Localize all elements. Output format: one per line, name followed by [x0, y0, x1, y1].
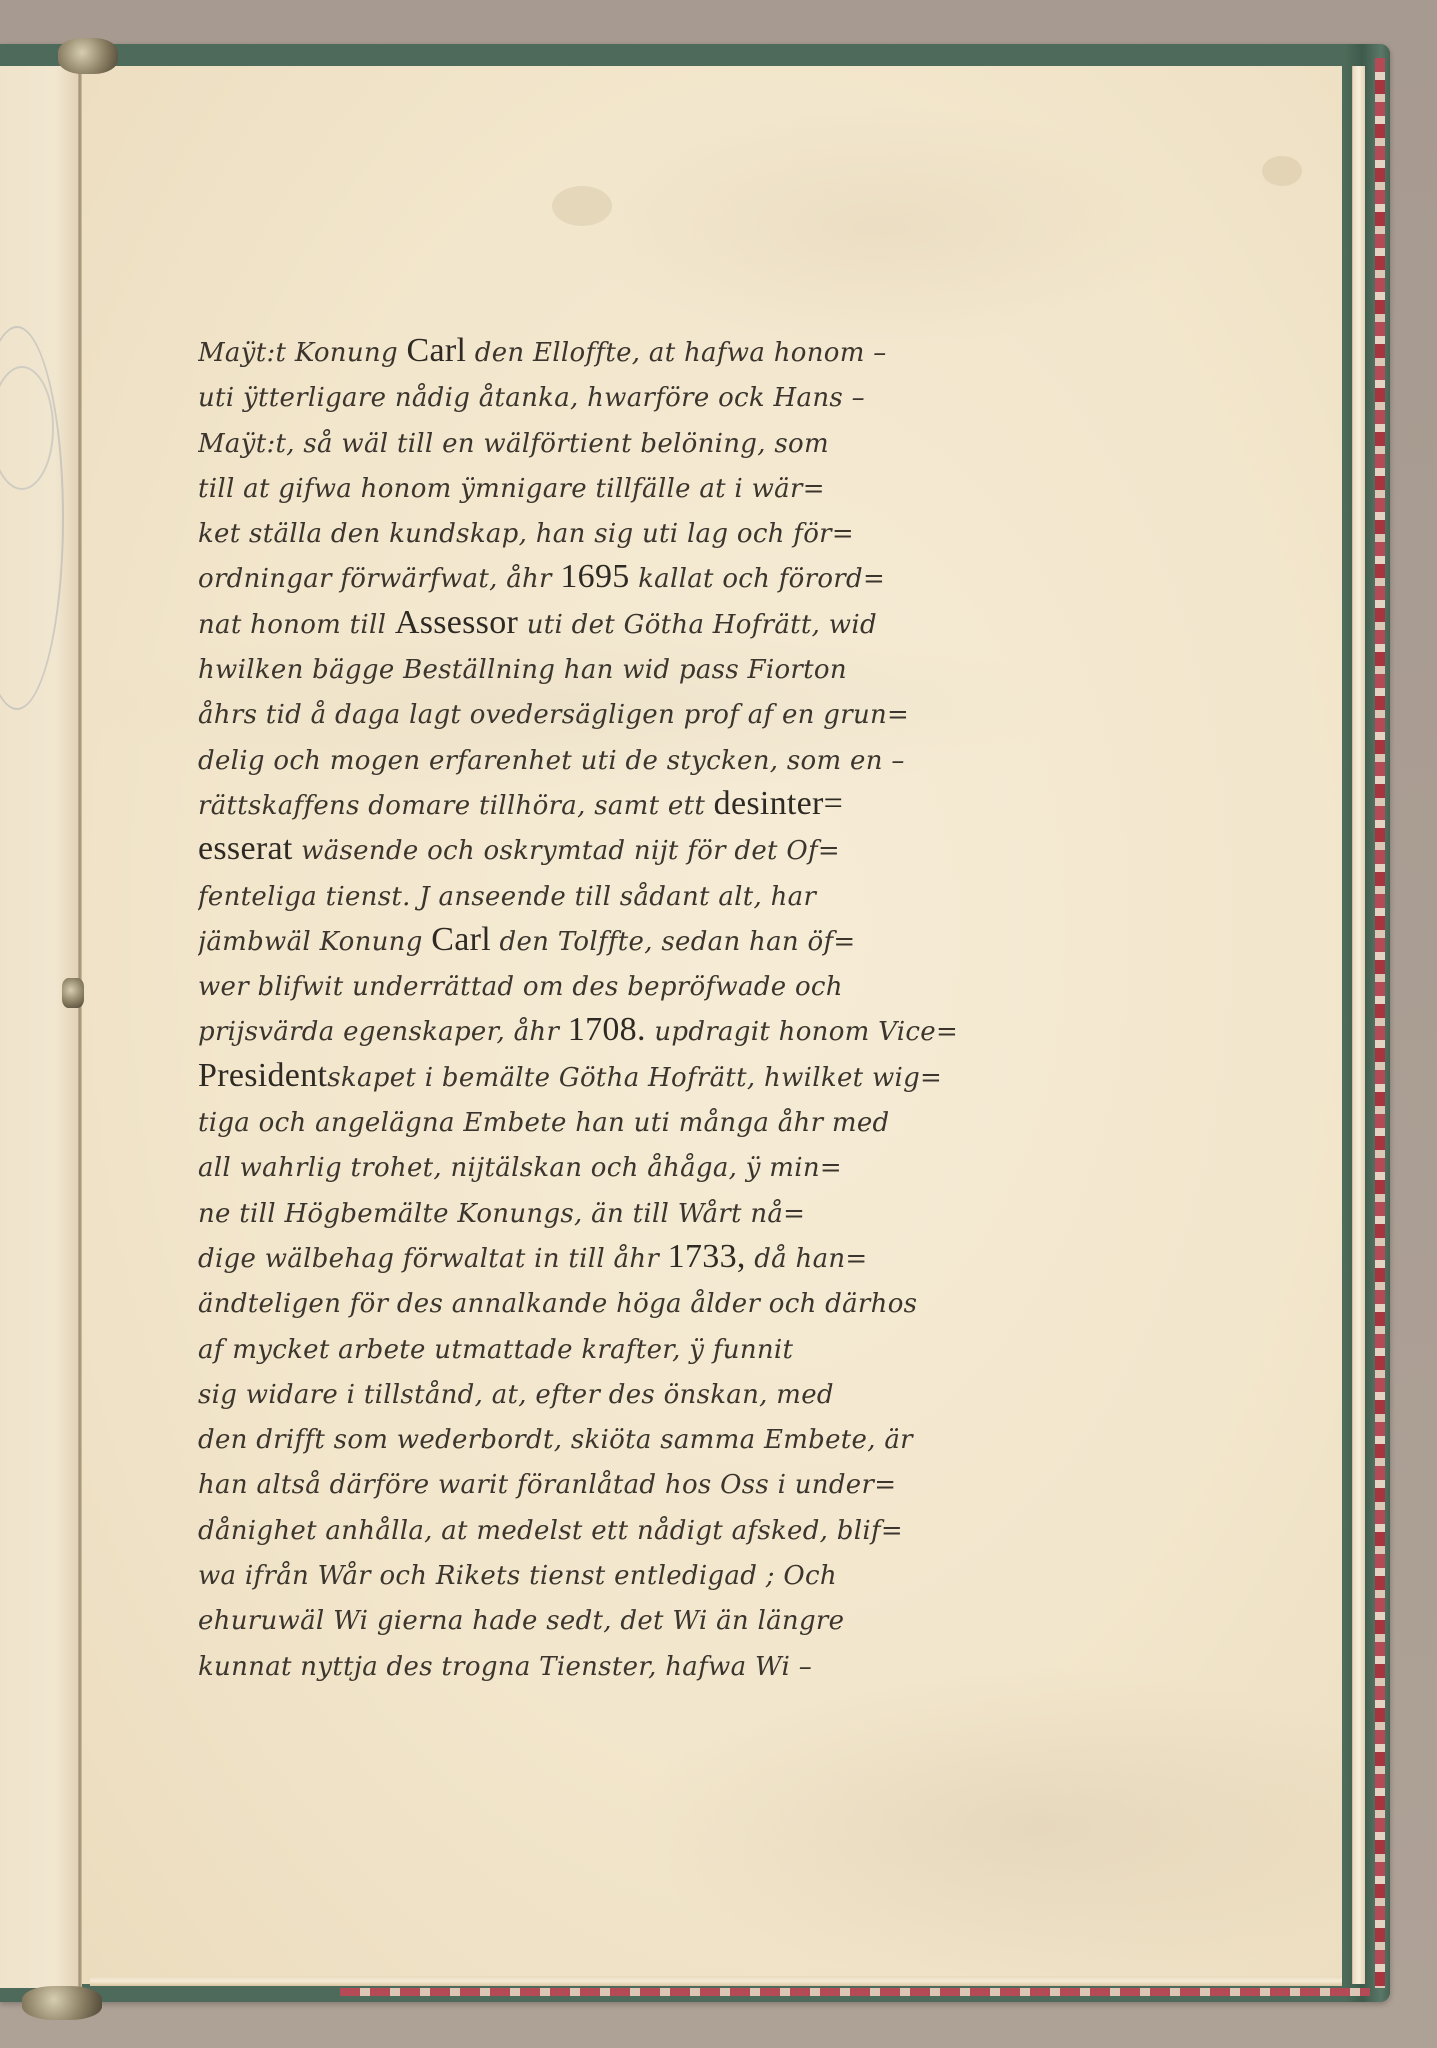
paper-stain	[1262, 156, 1302, 186]
text-line: den drifft som wederbordt, skiöta samma …	[198, 1415, 1078, 1460]
text-line: sig widare i tillstånd, at, efter des ön…	[198, 1370, 1078, 1415]
text-line: rättskaffens domare tillhöra, samt ett d…	[198, 781, 1078, 826]
tailband-ornament	[22, 1986, 102, 2020]
text-line: ändteligen för des annalkande höga ålder…	[198, 1279, 1078, 1324]
text-line: all wahrlig trohet, nijtälskan och åhåga…	[198, 1143, 1078, 1188]
handwritten-text-block: Maÿt:t Konung Carl den Elloffte, at hafw…	[198, 328, 1078, 1687]
marbled-bottom-edge	[340, 1988, 1370, 1996]
text-line: jämbwäl Konung Carl den Tolffte, sedan h…	[198, 917, 1078, 962]
text-line: ne till Högbemälte Konungs, än till Wårt…	[198, 1189, 1078, 1234]
text-line: dånighet anhålla, at medelst ett nådigt …	[198, 1506, 1078, 1551]
text-line: tiga och angelägna Embete han uti många …	[198, 1098, 1078, 1143]
text-line: Maÿt:t Konung Carl den Elloffte, at hafw…	[198, 328, 1078, 373]
text-line: uti ÿtterligare nådig åtanka, hwarföre o…	[198, 373, 1078, 418]
text-line: ket ställa den kundskap, han sig uti lag…	[198, 509, 1078, 554]
text-line: delig och mogen erfarenhet uti de stycke…	[198, 736, 1078, 781]
facing-left-page	[0, 66, 80, 1988]
text-line: ordningar förwärfwat, åhr 1695 kallat oc…	[198, 554, 1078, 599]
text-line: wer blifwit underrättad om des bepröfwad…	[198, 962, 1078, 1007]
page-bottom-edge	[90, 1976, 1342, 1986]
text-line: esserat wäsende och oskrymtad nijt för d…	[198, 826, 1078, 871]
text-line: han altså därföre warit föranlåtad hos O…	[198, 1460, 1078, 1505]
text-line: åhrs tid å daga lagt ovedersägligen prof…	[198, 690, 1078, 735]
text-line: prijsvärda egenskaper, åhr 1708. updragi…	[198, 1007, 1078, 1052]
text-line: dige wälbehag förwaltat in till åhr 1733…	[198, 1234, 1078, 1279]
paper-stain	[552, 186, 612, 226]
text-line: Presidentskapet i bemälte Götha Hofrätt,…	[198, 1053, 1078, 1098]
page-fore-edge	[1352, 66, 1365, 1984]
text-line: Maÿt:t, så wäl till en wälförtient belön…	[198, 419, 1078, 464]
text-line: ehuruwäl Wi gierna hade sedt, det Wi än …	[198, 1596, 1078, 1641]
marbled-fore-edge	[1375, 58, 1385, 1988]
text-line: fenteliga tienst. J anseende till sådant…	[198, 872, 1078, 917]
text-line: hwilken bägge Beställning han wid pass F…	[198, 645, 1078, 690]
text-line: till at gifwa honom ÿmnigare tillfälle a…	[198, 464, 1078, 509]
text-line: wa ifrån Wår och Rikets tienst entlediga…	[198, 1551, 1078, 1596]
binding-thread-knot	[62, 978, 84, 1008]
text-line: nat honom till Assessor uti det Götha Ho…	[198, 600, 1078, 645]
headband-ornament	[58, 38, 118, 74]
text-line: af mycket arbete utmattade krafter, ÿ fu…	[198, 1325, 1078, 1370]
text-line: kunnat nyttja des trogna Tienster, hafwa…	[198, 1642, 1078, 1687]
